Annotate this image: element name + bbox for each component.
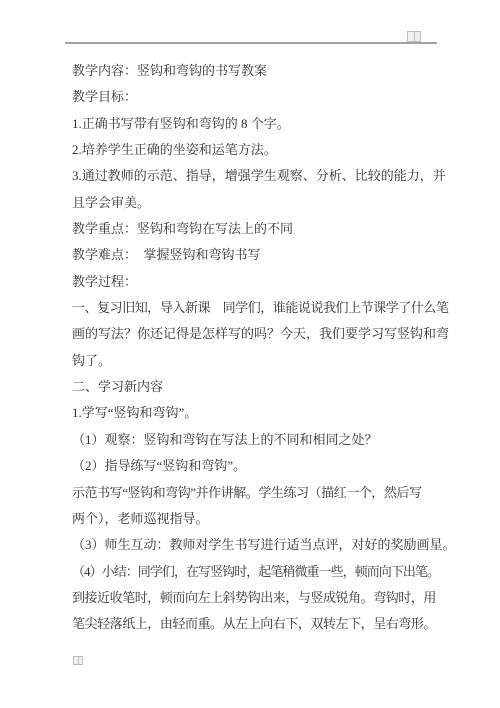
text-line: 两个），老师巡视指导。 <box>72 506 440 532</box>
image-placeholder-icon <box>407 31 421 42</box>
text-line: （2）指导练写“竖钩和弯钩”。 <box>72 453 440 479</box>
header-rule <box>65 42 437 44</box>
image-placeholder-icon <box>73 656 83 665</box>
text-line: （1）观察：竖钩和弯钩在写法上的不同和相同之处？ <box>72 427 440 453</box>
text-line: 教学目标： <box>72 84 440 110</box>
text-line: 二、学习新内容 <box>72 374 440 400</box>
text-line: 教学难点： 掌握竖钩和弯钩书写 <box>72 242 440 268</box>
text-line: 钩了。 <box>72 348 440 374</box>
placeholder-cell <box>78 657 83 664</box>
text-line: 2.培养学生正确的坐姿和运笔方法。 <box>72 137 440 163</box>
text-line: 3.通过教师的示范、指导，增强学生观察、分析、比较的能力，并 <box>72 163 440 189</box>
text-line: 教学内容：竖钩和弯钩的书写教案 <box>72 58 440 84</box>
placeholder-cell <box>414 32 421 41</box>
text-line: 1.正确书写带有竖钩和弯钩的 8 个字。 <box>72 111 440 137</box>
text-line: 一、复习旧知，导入新课 同学们，谁能说说我们上节课学了什么笔 <box>72 295 440 321</box>
text-line: 笔尖轻落纸上，由轻而重。从左上向右下，双转左下，呈右弯形。 <box>72 611 440 637</box>
text-line: 1.学写“竖钩和弯钩”。 <box>72 400 440 426</box>
text-line: 画的写法？你还记得是怎样写的吗？今天，我们要学习写竖钩和弯 <box>72 321 440 347</box>
document-body: 教学内容：竖钩和弯钩的书写教案 教学目标： 1.正确书写带有竖钩和弯钩的 8 个… <box>72 58 440 638</box>
text-line: （3）师生互动：教师对学生书写进行适当点评，对好的奖励画星。 <box>72 532 440 558</box>
text-line: 示范书写“竖钩和弯钩”并作讲解。学生练习（描红一个，然后写 <box>72 480 440 506</box>
document-page: 教学内容：竖钩和弯钩的书写教案 教学目标： 1.正确书写带有竖钩和弯钩的 8 个… <box>0 0 500 708</box>
text-line: 到接近收笔时，顿而向左上斜势钩出来，与竖成锐角。弯钩时，用 <box>72 585 440 611</box>
text-line: 教学重点：竖钩和弯钩在写法上的不同 <box>72 216 440 242</box>
text-line: （4）小结：同学们，在写竖钩时，起笔稍微重一些，顿而向下出笔。 <box>72 559 440 585</box>
text-line: 教学过程： <box>72 269 440 295</box>
text-line: 且学会审美。 <box>72 190 440 216</box>
